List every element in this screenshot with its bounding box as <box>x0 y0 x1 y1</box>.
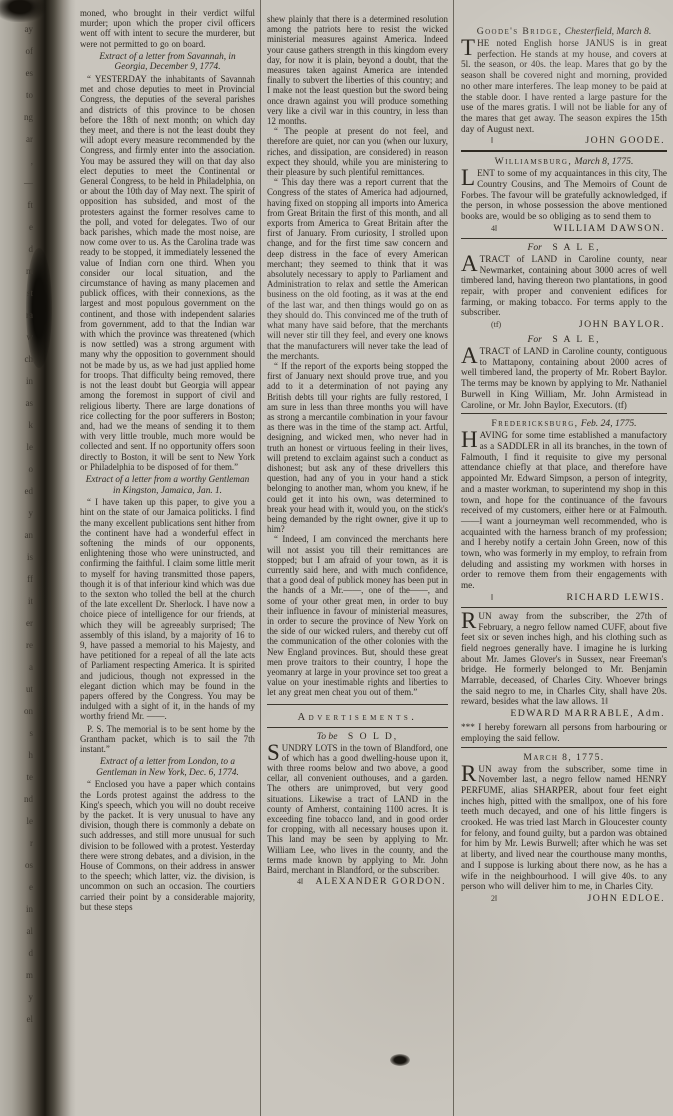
dropcap-h: H <box>461 430 480 449</box>
heading-williamsburg: Williamsburg, March 8, 1775. <box>461 156 667 167</box>
dropcap-a: A <box>461 346 480 365</box>
heading-goodes-bridge: Goode's Bridge, Chesterfield, March 8. <box>461 26 667 37</box>
signature-alexander-gordon: 4‖ ALEXANDER GORDON. <box>267 876 446 888</box>
ad-runaway-henry-perfume: R UN away from the subscriber, some time… <box>461 764 667 892</box>
ad-run-mark: 4‖ <box>267 876 303 888</box>
paragraph-forewarn-note: *** I hereby forewarn all persons from h… <box>461 722 667 743</box>
ad-sundry-lots-text: UNDRY LOTS in the town of Blandford, one… <box>267 743 448 875</box>
ad-sundry-lots-blandford: S UNDRY LOTS in the town of Blandford, o… <box>267 743 448 876</box>
paragraph-london-letter-continued: shew plainly that there is a determined … <box>267 14 448 126</box>
article-fragment-murder-verdict: moned, who brought in their verdict wilf… <box>80 8 255 49</box>
section-rule <box>461 413 667 414</box>
signature-john-edloe: 2‖ JOHN EDLOE. <box>461 893 665 905</box>
ad-saddler-text: AVING for some time established a manufa… <box>461 430 667 590</box>
signature-edward-marrable: EDWARD MARRABLE, Adm. <box>461 708 665 720</box>
ad-runaway-henry-text: UN away from the subscriber, some time i… <box>461 764 667 892</box>
advertisements-header-text: Advertisements. <box>298 712 418 723</box>
ad-saddler-falmouth: H AVING for some time established a manu… <box>461 430 667 591</box>
heading-fredericksburg: Fredericksburg, Feb. 24, 1775. <box>461 418 667 429</box>
paragraph-exports-stopped: “ If the report of the exports being sto… <box>267 361 448 534</box>
advertisements-section-header: Advertisements. <box>267 704 448 728</box>
heading-march-8-1775: March 8, 1775. <box>461 752 667 763</box>
paragraph-congress-report: “ This day there was a report current th… <box>267 177 448 361</box>
paragraph-postscript: P. S. The memorial is to be sent home by… <box>80 724 255 755</box>
ad-horse-janus-text: HE noted English horse JANUS is in great… <box>461 38 667 134</box>
dropcap-l: L <box>461 168 477 187</box>
binding-gutter: ay of es to ng ar , — ft e d m st ra w c… <box>0 0 76 1116</box>
adjacent-page-text-fragments: ay of es to ng ar , — ft e d m st ra w c… <box>3 18 33 1030</box>
paragraph-savannah-letter: “ YESTERDAY the inhabitants of Savannah … <box>80 74 255 472</box>
signature-william-dawson: 4‖ WILLIAM DAWSON. <box>461 223 665 235</box>
column-1: moned, who brought in their verdict wilf… <box>76 0 260 1116</box>
paragraph-merchants-warning: “ Indeed, I am convinced the merchants h… <box>267 534 448 697</box>
newspaper-page: ay of es to ng ar , — ft e d m st ra w c… <box>0 0 673 1116</box>
paragraph-london-letter: “ Enclosed you have a paper which contai… <box>80 779 255 912</box>
paragraph-people-do-not-feel: “ The people at present do not feel, and… <box>267 126 448 177</box>
signature-john-baylor: (tf) JOHN BAYLOR. <box>461 319 665 331</box>
column-3: Goode's Bridge, Chesterfield, March 8. T… <box>453 0 673 1116</box>
section-rule <box>461 747 667 748</box>
dropcap-a: A <box>461 254 480 273</box>
ad-lent-books-text: ENT to some of my acquaintances in this … <box>461 168 667 221</box>
dropcap-r: R <box>461 611 478 630</box>
ad-runaway-cuff-text: UN away from the subscriber, the 27th of… <box>461 611 667 707</box>
heading-for-sale-1: For S A L E, <box>461 242 667 253</box>
paragraph-jamaica-letter: “ I have taken up this paper, to give yo… <box>80 497 255 721</box>
to-be-sold-spaced: S O L D, <box>348 731 398 742</box>
ink-blot-gordon <box>390 1054 410 1066</box>
ad-runaway-cuff: R UN away from the subscriber, the 27th … <box>461 611 667 707</box>
section-rule <box>461 238 667 239</box>
to-be-sold-prefix: To be <box>317 731 338 742</box>
heading-for-sale-2: For S A L E, <box>461 334 667 345</box>
ad-tract-newmarket: A TRACT of LAND in Caroline county, near… <box>461 254 667 318</box>
dropcap-t: T <box>461 38 477 57</box>
dropcap-r: R <box>461 764 478 783</box>
heading-to-be-sold: To be S O L D, <box>267 731 448 742</box>
section-rule <box>461 150 667 152</box>
ad-lent-books: L ENT to some of my acquaintances in thi… <box>461 168 667 222</box>
signature-richard-lewis: ‖ RICHARD LEWIS. <box>461 592 665 604</box>
ad-tract-mattapony: A TRACT of LAND in Caroline county, cont… <box>461 346 667 410</box>
ad-tract-mattapony-text: TRACT of LAND in Caroline county, contig… <box>461 346 667 410</box>
signature-john-goode: ‖ JOHN GOODE. <box>461 135 665 147</box>
heading-letter-savannah: Extract of a letter from Savannah, in Ge… <box>82 52 253 73</box>
heading-letter-jamaica: Extract of a letter from a worthy Gentle… <box>82 475 253 496</box>
section-rule <box>461 607 667 608</box>
heading-letter-london: Extract of a letter from London, to a Ge… <box>82 757 253 778</box>
ad-horse-janus: T HE noted English horse JANUS is in gre… <box>461 38 667 134</box>
ad-tract-newmarket-text: TRACT of LAND in Caroline county, near N… <box>461 254 667 318</box>
dropcap-s: S <box>267 743 282 762</box>
column-2: shew plainly that there is a determined … <box>260 0 453 1116</box>
